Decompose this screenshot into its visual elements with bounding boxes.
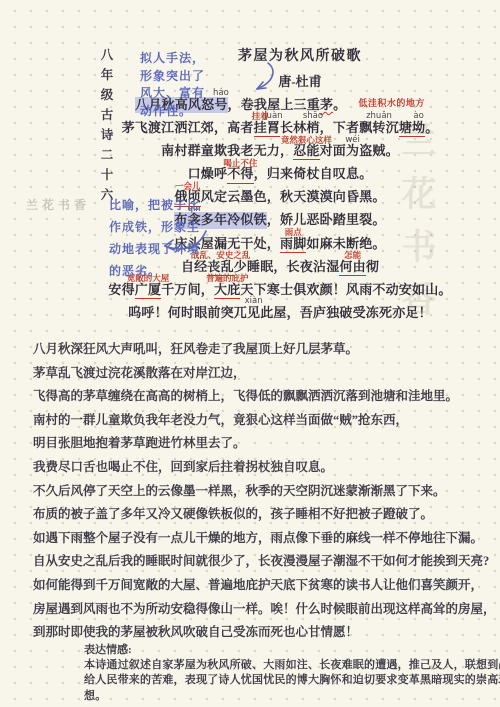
red-annotation: 雨点	[285, 227, 302, 238]
red-annotation: 喝止不住	[223, 158, 257, 169]
poem-segment: 多年冷似铁	[201, 212, 267, 228]
poem-segment: 忍能竟然狠心这样	[293, 143, 319, 160]
poem-segment: 少睡眠，长夜沾湿	[234, 259, 340, 275]
poem-segment: 大庇普遍的庇护	[214, 282, 240, 299]
translation-line: 明目张胆地抱着茅草跑进竹林里去了。	[33, 432, 496, 456]
red-annotation: 一会儿	[175, 181, 201, 192]
poem-segment: 对面	[320, 143, 346, 159]
poem-segment: 雨脚雨点	[280, 236, 306, 253]
emotion-line: 想。	[84, 689, 500, 704]
poem-segment: 盗贼。	[359, 143, 399, 159]
poem-segment: 风定云墨色，秋天漠漠向昏黑。	[201, 189, 386, 205]
poem-segment: 何由怎能	[339, 259, 365, 276]
emotion-body: 本诗通过叙述自家茅屋为秋风所破、大雨如注、长夜难眠的遭遇，推己及人，联想到战乱给…	[84, 658, 500, 704]
translation-line: 如遇下雨整个屋子没有一点儿干燥的地方，雨点像下垂的麻线一样不停地往下漏。	[33, 527, 496, 551]
translation-line: 飞得高的茅草缠绕在高高的树梢上，飞得低的飘飘洒洒沉落到池塘和洼地里。	[33, 385, 496, 409]
poem-segment: 转zhuǎn	[372, 120, 385, 136]
poem-line: 南村群童欺我老无力，忍能竟然狠心这样对面为wéi盗贼。	[60, 139, 500, 162]
blue-margin-note-metaphor: 比喻，把被子比作成铁，形象生动地表现了环境的恶劣。	[109, 194, 200, 282]
poem-segment: 沉	[386, 120, 399, 136]
poem-segment: 广厦宽敞的大屋	[135, 282, 161, 299]
poem-segment: 号háo	[214, 97, 227, 113]
poem-line: 呜呼！何时眼前突兀见xiàn此屋，吾庐独破受冻死亦足！	[60, 301, 500, 324]
translation-line: 八月秋深狂风大声吼叫，狂风卷走了我屋顶上好几层茅草。	[33, 338, 496, 362]
pinyin-annotation: wéi	[345, 135, 360, 146]
blue-note-line: 的恶劣。	[109, 260, 200, 282]
poem-segment: 坳ào	[412, 120, 425, 137]
emotion-heading: 表达情感:	[84, 643, 500, 658]
translation-line: 如何能得到千万间宽敞的大屋、普遍地庇护天底下贫寒的读书人让他们喜笑颜开，	[33, 574, 496, 598]
poem-segment: 彻	[366, 259, 379, 275]
poem-segment: 罥juàn	[267, 120, 280, 137]
blue-note-line: 动作性。	[140, 103, 205, 121]
poem-segment: 为wéi	[346, 143, 359, 159]
translation-line: 茅草乱飞渡过浣花溪散落在对岸江边，	[33, 362, 496, 386]
poem-segment: 茅飞渡江洒江郊，高者	[122, 120, 254, 136]
emotion-line: 给人民带来的苦难，表现了诗人忧国忧民的博大胸怀和迫切要求变革黑暗现实的崇高理	[84, 673, 500, 688]
poem-line: 口燥呼不得喝止不住，归来倚杖自叹息。	[60, 162, 500, 185]
emotion-line: 本诗通过叙述自家茅屋为秋风所破、大雨如注、长夜难眠的遭遇，推己及人，联想到战乱	[84, 658, 500, 673]
pinyin-annotation: ào	[413, 111, 423, 122]
blue-note-line: 比喻，把被子比	[109, 194, 200, 216]
poem-segment: 见xiàn	[247, 305, 260, 321]
translation-line: 自从安史之乱后我的睡眠时间就很少了，长夜漫漫屋子潮湿不干如何才能挨到天亮?	[33, 550, 496, 574]
blue-note-line: 动地表现了环境	[109, 238, 200, 260]
poem-segment: 挂挂着	[254, 120, 267, 137]
red-side-note: 低洼积水的地方	[358, 98, 425, 108]
blue-margin-note-personification: 拟人手法，形象突出了风大、富有动作性。	[140, 50, 205, 120]
translation-line: 不久后风停了天空上的云像墨一样黑，秋季的天空阴沉迷蒙渐渐黑了下来。	[33, 480, 496, 504]
prose-translation: 八月秋深狂风大声吼叫，狂风卷走了我屋顶上好几层茅草。茅草乱飞渡过浣花溪散落在对岸…	[33, 338, 496, 645]
poem-segment: 。	[333, 97, 346, 113]
poem-segment: 此屋，吾庐独破受冻死亦足！	[260, 305, 432, 321]
translation-line: 我费尽口舌也喝止不住，回到家后拄着拐杖独自叹息。	[33, 456, 496, 480]
pinyin-annotation: háo	[213, 88, 229, 99]
poem-segment: ，归来倚杖自叹息。	[254, 166, 373, 182]
translation-line: 布质的被子盖了多年又冷又硬像铁板似的，孩子睡相不好把被子蹬破了。	[33, 503, 496, 527]
translation-line: 到那时即使我的茅屋被秋风吹破自己受冻而死也心甘情愿！	[33, 621, 496, 645]
translation-line: 房屋遇到风雨也不为所动安稳得像山一样。唉！什么时候眼前出现这样高耸的房屋，	[33, 598, 496, 622]
poem-segment: 不得喝止不住	[227, 166, 253, 183]
poem-segment: 。	[425, 120, 438, 136]
poem-segment: 塘	[399, 120, 412, 137]
poem-segment: 天下寒士俱欢颜！风雨不动安如山。	[240, 282, 451, 298]
blue-note-line: 作成铁，形象生	[109, 216, 200, 238]
blue-note-line: 风大、富有	[140, 85, 205, 103]
poem-segment: 千万间，	[161, 282, 214, 298]
red-annotation: 怎能	[344, 250, 361, 261]
emotion-summary: 表达情感: 本诗通过叙述自家茅屋为秋风所破、大雨如注、长夜难眠的遭遇，推己及人，…	[84, 643, 500, 704]
translation-line: 南村的一群儿童欺负我年老没力气，竟狠心这样当面做“贼”抢东西，	[33, 409, 496, 433]
poem-segment: 呜呼！何时眼前突兀	[128, 305, 247, 321]
blue-note-line: 拟人手法，	[140, 50, 205, 68]
blue-note-line: 形象突出了	[140, 68, 205, 86]
poem-segment: 安得	[108, 282, 134, 298]
